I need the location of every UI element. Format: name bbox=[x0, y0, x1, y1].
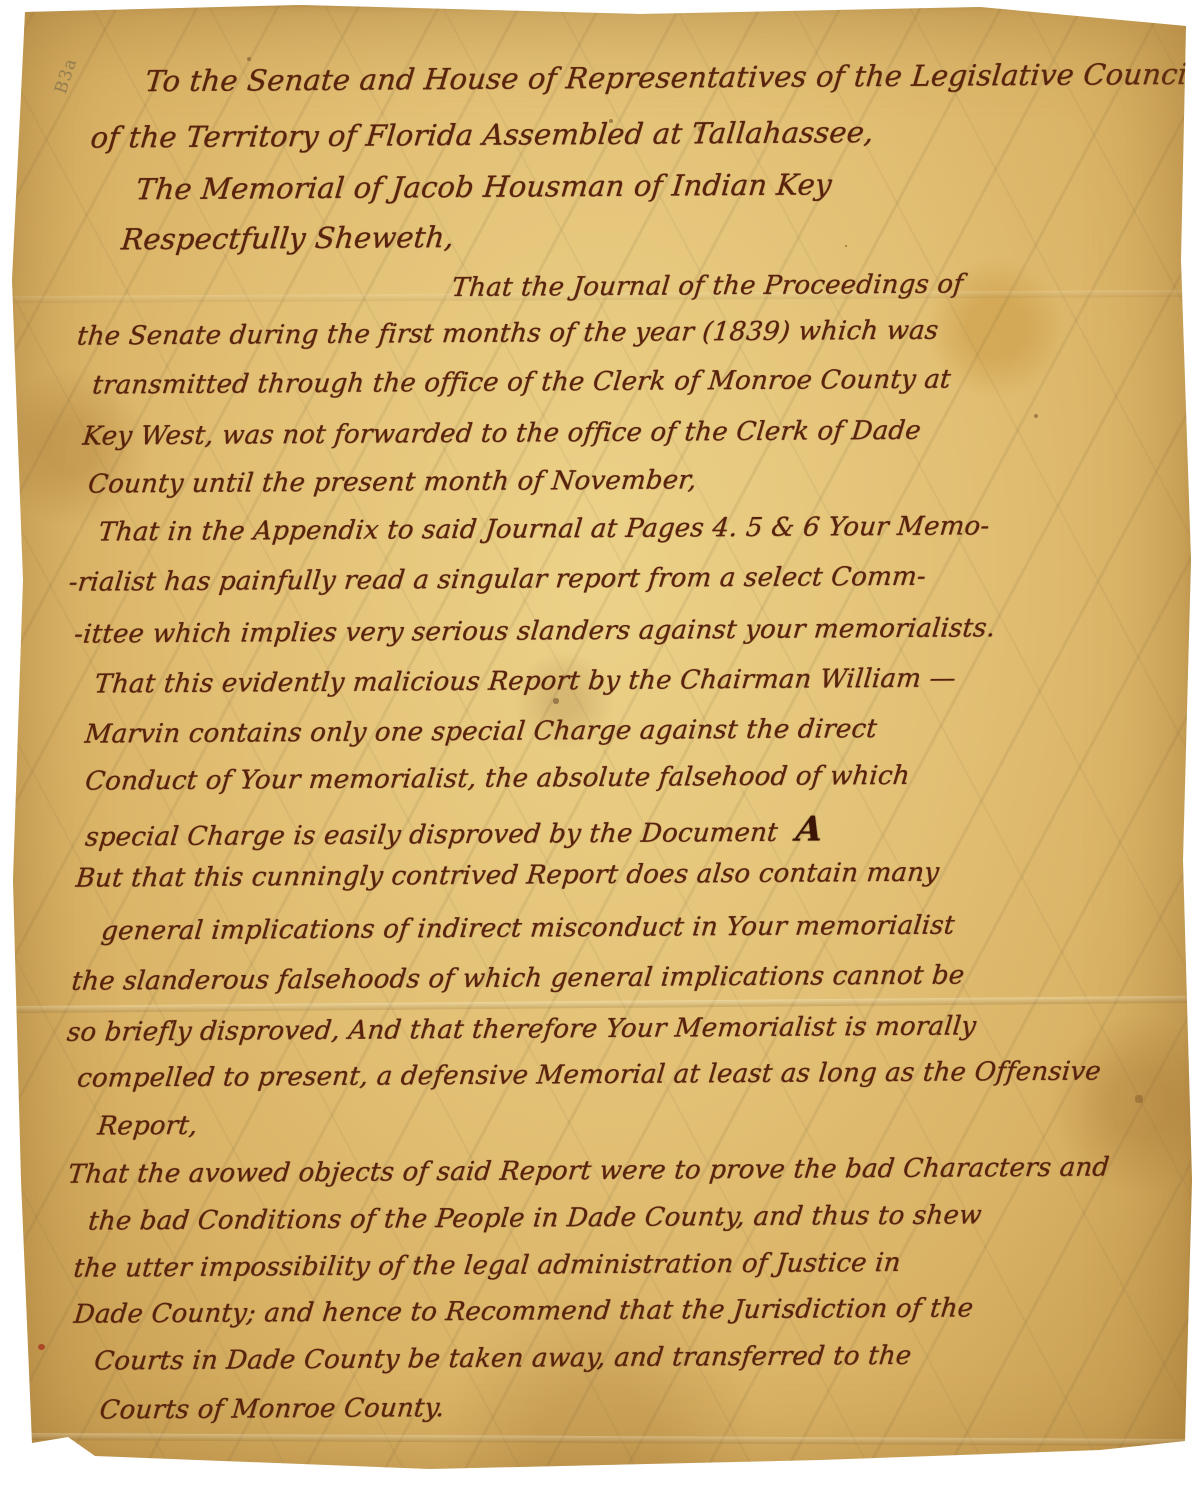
red-wax-dot bbox=[38, 1344, 45, 1350]
manuscript-line-text: special Charge is easily disproved by th… bbox=[84, 818, 779, 853]
manuscript-line: But that this cunningly contrived Report… bbox=[75, 860, 941, 892]
manuscript-line: Report, bbox=[96, 1113, 198, 1140]
pencil-archival-mark: B3a bbox=[51, 56, 81, 97]
manuscript-line: the Senate during the first months of th… bbox=[76, 318, 940, 350]
manuscript-line: Courts in Dade County be taken away, and… bbox=[93, 1343, 913, 1375]
manuscript-line: the slanderous falsehoods of which gener… bbox=[70, 962, 965, 994]
manuscript-line: the bad Conditions of the People in Dade… bbox=[87, 1202, 983, 1234]
manuscript-line: That this evidently malicious Report by … bbox=[93, 666, 957, 698]
manuscript-line: That the avowed objects of said Report w… bbox=[67, 1154, 1111, 1187]
manuscript-line: Conduct of Your memorialist, the absolut… bbox=[84, 763, 911, 795]
manuscript-line: Courts of Monroe County. bbox=[98, 1395, 445, 1423]
scanned-document: B3a To the Senate and House of Represent… bbox=[0, 0, 1200, 1492]
manuscript-line: The Memorial of Jacob Housman of Indian … bbox=[135, 170, 833, 204]
manuscript-line: -rialist has painfully read a singular r… bbox=[68, 564, 928, 596]
fold-crease bbox=[0, 1433, 1200, 1446]
manuscript-line: Key West, was not forwarded to the offic… bbox=[82, 418, 923, 450]
fold-crease bbox=[0, 290, 1200, 303]
manuscript-line: special Charge is easily disproved by th… bbox=[84, 812, 823, 851]
manuscript-line: compelled to present, a defensive Memori… bbox=[76, 1059, 1102, 1092]
manuscript-line: general implications of indirect miscond… bbox=[100, 913, 956, 945]
manuscript-line: Dade County; and hence to Recommend that… bbox=[73, 1295, 975, 1327]
manuscript-line: Marvin contains only one special Charge … bbox=[84, 716, 879, 748]
exhibit-a-mark: A bbox=[794, 809, 823, 849]
manuscript-line: of the Territory of Florida Assembled at… bbox=[89, 118, 875, 152]
manuscript-line: -ittee which implies very serious slande… bbox=[73, 615, 997, 647]
manuscript-line: That the Journal of the Proceedings of bbox=[451, 271, 965, 301]
manuscript-line: That in the Appendix to said Journal at … bbox=[97, 513, 990, 545]
manuscript-line: Respectfully Sheweth, bbox=[120, 223, 455, 254]
aged-paper-sheet: B3a To the Senate and House of Represent… bbox=[0, 0, 1200, 1492]
manuscript-line: To the Senate and House of Representativ… bbox=[144, 60, 1198, 96]
manuscript-line: County until the present month of Novemb… bbox=[87, 467, 698, 497]
fold-crease bbox=[0, 996, 1200, 1013]
manuscript-line: so briefly disproved, And that therefore… bbox=[66, 1013, 978, 1045]
handwritten-text-block: To the Senate and House of Representativ… bbox=[0, 0, 1200, 1492]
manuscript-line: the utter impossibility of the legal adm… bbox=[72, 1250, 902, 1282]
manuscript-line: transmitted through the office of the Cl… bbox=[91, 367, 952, 399]
ink-specks bbox=[0, 0, 2, 2]
